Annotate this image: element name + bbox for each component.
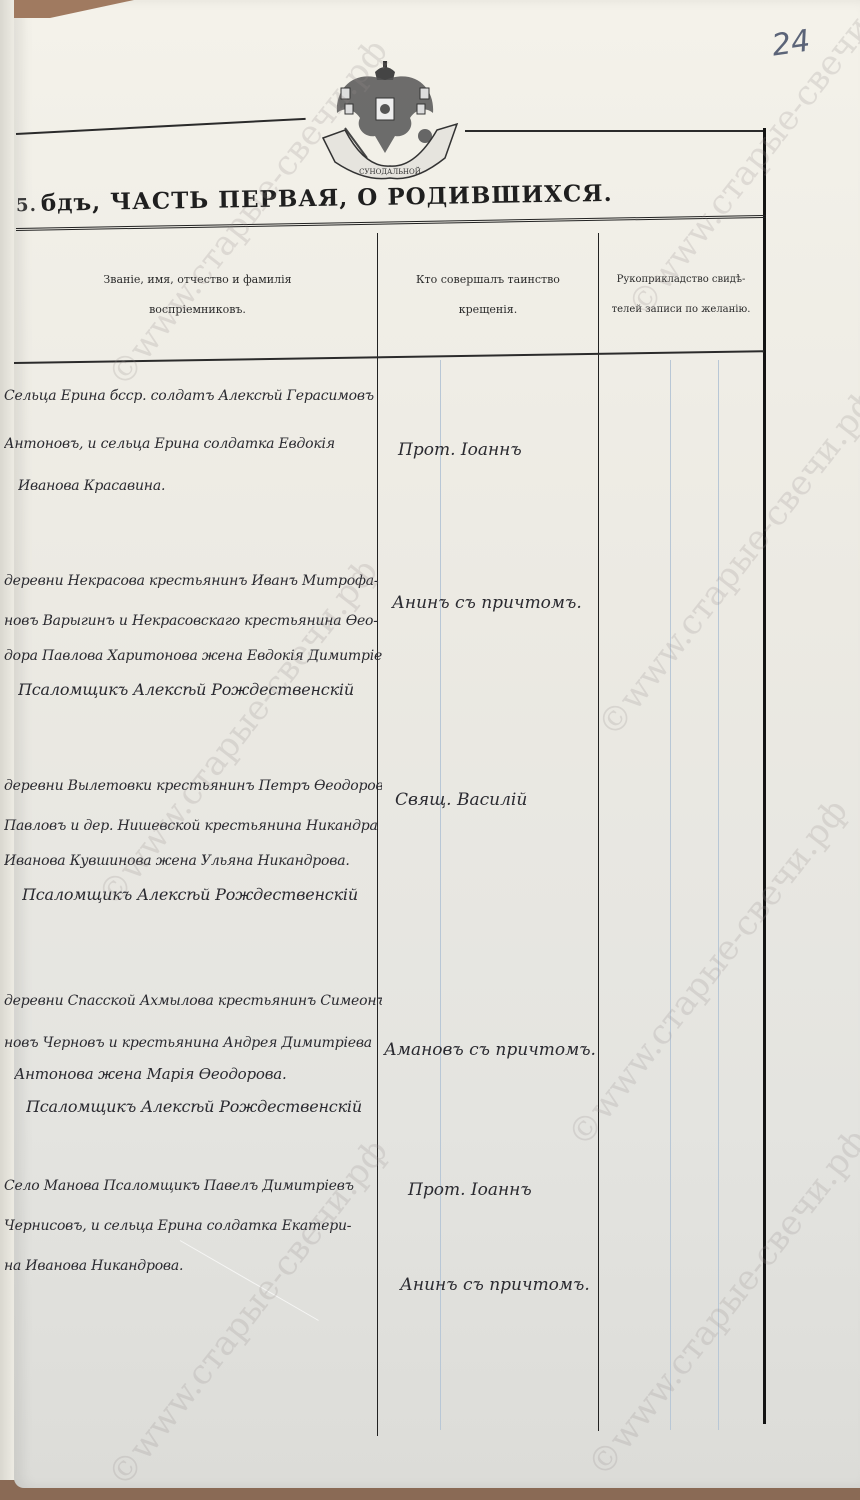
page-number: 24 [770,24,813,64]
entry-line: на Иванова Никандрова. [4,1250,382,1283]
baptizer-name: Прот. Іоаннъ [408,1180,532,1200]
page-frame-right [763,128,766,1424]
guide-line [440,360,441,1430]
entry-line: новъ Варыгинъ и Некрасовскаго крестьянин… [4,605,382,638]
baptizer-name: Анинъ съ причтомъ. [392,593,582,613]
entry-line: Псаломщикъ Алексѣй Рождественскій [22,878,400,911]
entry-line: деревни Некрасова крестьянинъ Иванъ Митр… [4,565,382,598]
entry-line: Псаломщикъ Алексѣй Рождественскій [26,1090,404,1123]
entry-line: Сельца Ерина бсср. солдатъ Алексѣй Герас… [4,380,382,413]
entry-line: Антонова жена Марія Ѳеодорова. [14,1058,392,1091]
entry-line: Село Манова Псаломщикъ Павелъ Димитріевъ [4,1170,382,1203]
column-header-witnesses: Рукоприкладство свидѣ- телей записи по ж… [600,265,762,325]
guide-line [718,360,719,1430]
baptizer-name: Анинъ съ причтомъ. [400,1275,590,1295]
column-divider [598,233,599,1431]
column-header-godparents: Званіе, имя, отчество и фамилія воспріем… [20,265,375,325]
entry-line: Иванова Красавина. [18,470,396,503]
entry-line: Павловъ и дер. Нишевской крестьянина Ник… [4,810,382,843]
guide-line [670,360,671,1430]
baptizer-name: Прот. Іоаннъ [398,440,522,460]
title-fragment: 5. [16,195,37,216]
entry-line: Иванова Кувшинова жена Ульяна Никандрова… [4,845,382,878]
entry-line: Псаломщикъ Алексѣй Рождественскій [18,673,396,706]
torn-corner [14,0,134,18]
baptizer-name: Свящ. Василій [395,790,527,810]
entry-line: Чернисовъ, и сельца Ерина солдатка Екате… [4,1210,382,1243]
column-header-baptizer: Кто совершалъ таинство крещенія. [380,265,596,325]
coat-of-arms-icon: СУНОДАЛЬНОЙ [315,58,465,183]
baptizer-name: Амановъ съ причтомъ. [384,1040,596,1060]
svg-text:СУНОДАЛЬНОЙ: СУНОДАЛЬНОЙ [359,167,421,176]
entry-line: деревни Спасской Ахмылова крестьянинъ Си… [4,985,382,1018]
entry-line: деревни Вылетовки крестьянинъ Петръ Ѳеод… [4,770,382,803]
top-border-rule [465,130,765,132]
entry-line: новъ Черновъ и крестьянина Андрея Димитр… [4,1027,382,1060]
entry-line: Антоновъ, и сельца Ерина солдатка Евдокі… [4,428,382,461]
entry-line: дора Павлова Харитонова жена Евдокія Дим… [4,640,382,673]
